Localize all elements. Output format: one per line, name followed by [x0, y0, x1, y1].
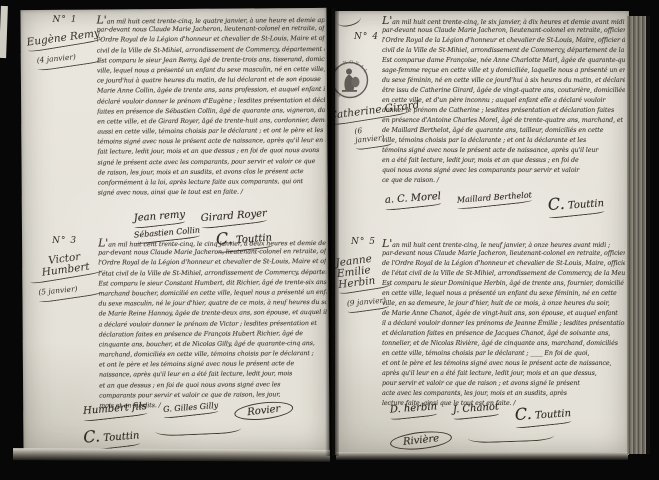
act-body-text: L'an mil huit cent trente-cinq, le quatr…	[96, 14, 325, 202]
act-number: N° 1	[52, 15, 102, 25]
manuscript-line: ville, en sa demeure, le jour d'hier, hu…	[382, 299, 625, 309]
act-signatures: a. C. MorelMaillard BerthelotC. Touttin	[385, 193, 627, 233]
book-fore-edge	[627, 16, 650, 454]
manuscript-line: témoins signé avec nous le présent acte …	[382, 146, 625, 156]
manuscript-line: il a déclaré vouloir donner les prénoms …	[382, 319, 625, 329]
manuscript-line: Est comparue dame Françoise, née Anne Ch…	[382, 56, 625, 66]
signature: Humbert fils	[83, 401, 148, 421]
act-number: N° 4	[354, 32, 391, 42]
act-date-note: (6 janvier)	[354, 123, 392, 149]
left-page-bottom-edge	[13, 448, 330, 462]
signature: C. Touttin	[83, 423, 141, 450]
manuscript-line: L'an mil huit cent trente-cinq, le neuf …	[382, 239, 625, 249]
signature: C. Touttin	[515, 401, 572, 428]
signature-flourish	[468, 431, 554, 444]
manuscript-line: par-devant nous Claude Marie Jacheron, l…	[382, 26, 625, 36]
book-edge-sliver	[0, 6, 8, 58]
act-margin-annotation: N° 3 Victor Humbert (5 janvier)	[28, 236, 102, 300]
act-margin-annotation: N° 1 Eugène Remy (4 janvier)	[26, 15, 102, 68]
act-date-note: (4 janvier)	[36, 50, 103, 70]
act-signatures: D. herbinJ. ChanotC. TouttinRivière	[390, 403, 627, 453]
signature: Sébastien Collin	[134, 226, 201, 244]
manuscript-line: en présence d'Antoine Charles Morel, âgé…	[382, 116, 625, 126]
signature: C. Touttin	[215, 225, 273, 252]
act-margin-annotation: N° 5 Jeanne Emilie Herbin (9 janvier)	[337, 237, 389, 311]
act-child-name: Jeanne Emilie Herbin	[335, 252, 391, 294]
manuscript-line: acte avec les comparants, les jour, mois…	[382, 389, 625, 399]
manuscript-line: par-devant nous Claude Marie Jacheron, l…	[382, 249, 625, 259]
manuscript-line: du sexe féminin, né en cette ville ce jo…	[382, 76, 625, 86]
manuscript-line: sage-femme reçue en cette ville et y dom…	[382, 66, 625, 76]
manuscript-line: quoi nous avons signé avec les comparant…	[382, 166, 625, 176]
signature: C. Touttin	[547, 191, 604, 218]
manuscript-line: après qu'il leur en a été fait lecture, …	[382, 369, 625, 379]
manuscript-line: de Maillard Berthelot, âgé de quarante a…	[382, 126, 625, 136]
signature-flourish	[155, 423, 241, 437]
act-child-name: Eugène Remy	[26, 28, 103, 52]
signature: Girard Royer	[201, 208, 268, 228]
act-signatures: Humbert filsG. Gilles GillyRovierC. Tout…	[83, 402, 329, 452]
signature: Rivière	[389, 429, 453, 452]
manuscript-line: et ont le père et les témoins signé avec…	[382, 359, 625, 369]
register-page-right: N° 4 TIMBRE ROYAL Catherine Girard (6 ja…	[335, 11, 629, 455]
act-date-note: (5 janvier)	[38, 282, 103, 302]
signature: Rovier	[234, 399, 295, 422]
manuscript-line: et déclaration faites en présence de Jac…	[382, 329, 625, 339]
scanned-register-photo: N° 1 Eugène Remy (4 janvier) L'an mil hu…	[0, 0, 659, 480]
manuscript-line: en a été fait lecture, ledit jour, mois …	[382, 156, 625, 166]
manuscript-line: de Marie Anne Chanot, âgée de vingt-huit…	[382, 309, 625, 319]
manuscript-line: être issu de Catherine Girard, âgée de v…	[382, 86, 625, 96]
act-number: N° 3	[52, 236, 102, 246]
manuscript-line: l'Ordre Royal de la Légion d'honneur et …	[382, 36, 625, 46]
signature: G. Gilles Gilly	[163, 401, 219, 418]
manuscript-line: civil de la Ville de St-Mihiel, arrondis…	[382, 46, 625, 56]
act-number: N° 5	[351, 237, 389, 247]
manuscript-line: pour servir et valoir ce que de raison ;…	[382, 379, 625, 389]
act-margin-annotation: N° 4 TIMBRE ROYAL Catherine Girard (6 ja…	[337, 13, 391, 42]
act-signatures: Jean remyGirard RoyerSébastien CollinC. …	[134, 210, 330, 247]
act-date-note: (9 janvier)	[346, 295, 389, 313]
manuscript-line: de l'Ordre Royal de la Légion d'honneur …	[382, 259, 625, 269]
timbre-royal-stamp-icon: TIMBRE ROYAL	[335, 60, 370, 100]
manuscript-line: L'an mil huit cent trente-cinq, le six j…	[382, 16, 625, 26]
manuscript-line: tonnelier, et de Nicolas Rivière, âgé de…	[382, 339, 625, 349]
signature: Maillard Berthelot	[457, 190, 533, 208]
right-page-bottom-edge	[336, 452, 628, 460]
act-body-text: L'an mil huit cent trente-cinq, le neuf …	[382, 239, 625, 411]
act-child-name: Victor Humbert	[27, 249, 104, 283]
act-body-text: L'an mil huit cent trente-cinq, le cinq …	[98, 237, 327, 413]
signature: J. Chanot	[453, 401, 500, 419]
manuscript-line: ville, témoins choisis par la déclarante…	[382, 136, 625, 146]
manuscript-line: en cette ville, témoins choisis par le d…	[382, 349, 625, 359]
signature: D. herbin	[390, 401, 438, 419]
manuscript-line: en cette ville, lequel nous a présenté u…	[382, 289, 625, 299]
manuscript-line: ce que de raison. /	[382, 176, 625, 186]
book-spine-shadow	[325, 8, 339, 456]
register-page-left: N° 1 Eugène Remy (4 janvier) L'an mil hu…	[20, 8, 329, 454]
signature: a. C. Morel	[385, 191, 442, 210]
manuscript-line: signé avec nous, ainsi que le tout est e…	[98, 187, 326, 199]
manuscript-line: de l'état civil de la Ville de St-Mihiel…	[382, 269, 625, 279]
signature: Jean remy	[133, 209, 185, 228]
manuscript-line: Est comparu le sieur Dominique Herbin, â…	[382, 279, 625, 289]
